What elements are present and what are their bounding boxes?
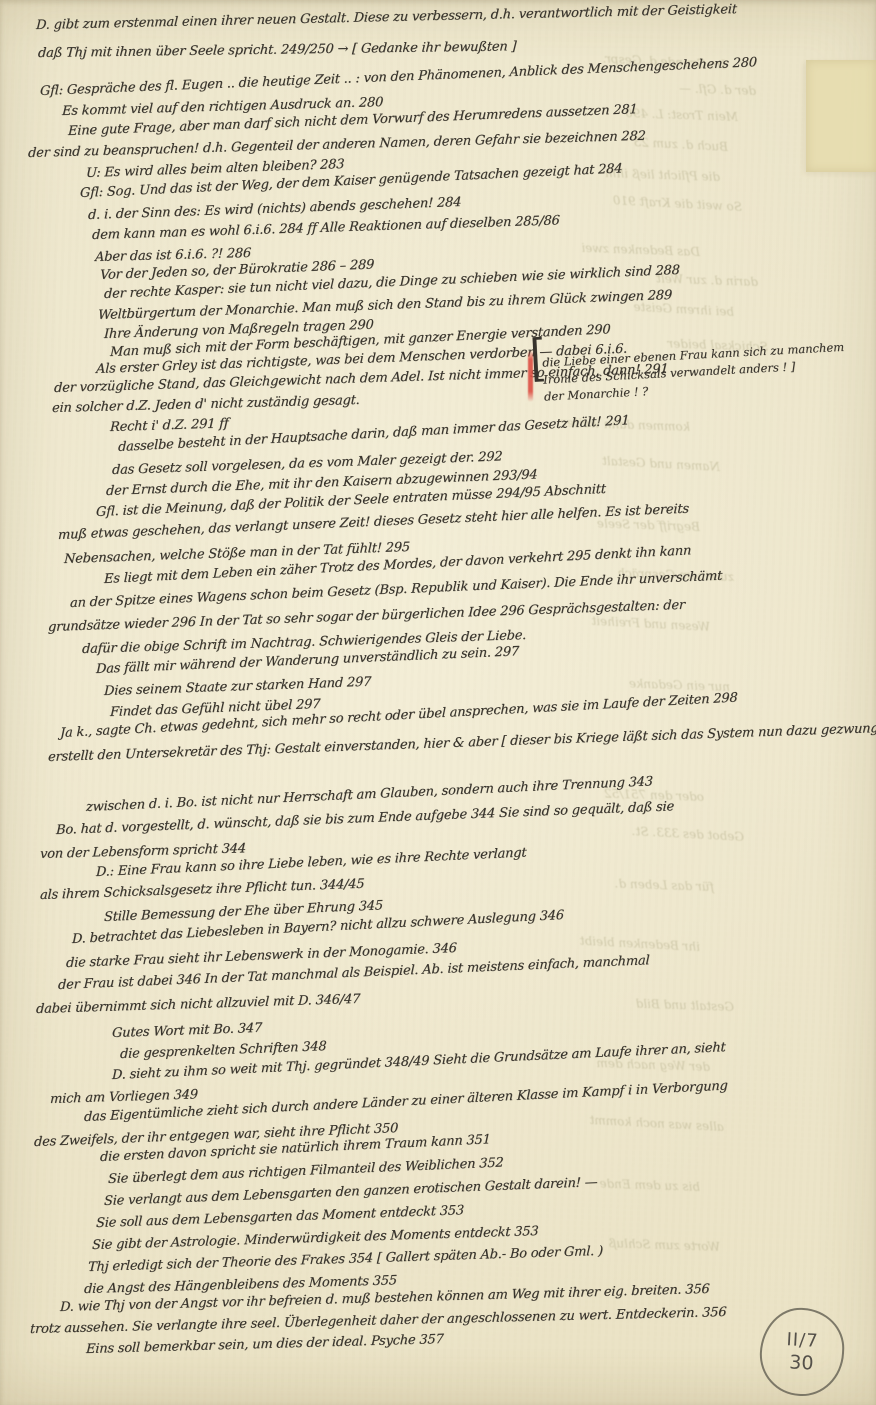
- bleedthrough-line: Gebot des 333. St.: [631, 824, 744, 844]
- manuscript-line: die gesprenkelten Schriften 348: [120, 1039, 327, 1062]
- manuscript-line: mich am Vorliegen 349: [50, 1087, 198, 1107]
- archive-number-stamp: II/7 30: [758, 1306, 846, 1398]
- manuscript-line: Gfl: Gespräche des fl. Eugen .. die heut…: [40, 55, 757, 99]
- stamp-bottom-value: 30: [789, 1351, 814, 1374]
- bleedthrough-line: Wesen und Freiheit: [591, 614, 710, 634]
- margin-bracket-icon: [: [530, 348, 547, 370]
- bleedthrough-line: Worte zum Schluß: [608, 1236, 720, 1254]
- paper-background: Im Grunde d. Gespr.der d. Gfl. —Mein Tro…: [0, 0, 876, 1405]
- manuscript-line: Sie soll aus dem Lebensgarten das Moment…: [96, 1203, 464, 1231]
- bleedthrough-line: Gestalt und Bild: [635, 997, 734, 1014]
- manuscript-line: Gutes Wort mit Bo. 347: [112, 1021, 262, 1041]
- bleedthrough-line: alles was noch kommt: [589, 1113, 724, 1134]
- bleedthrough-line: ihr Bedenken bleibt: [579, 934, 700, 954]
- bleedthrough-line: Buch d. zum 23: [633, 135, 728, 154]
- manuscript-line: Eins soll bemerkbar sein, um dies der id…: [86, 1332, 444, 1357]
- manuscript-line: D. gibt zum erstenmal einen ihrer neuen …: [36, 2, 737, 33]
- bleedthrough-line: Das Bedenken zwei: [581, 241, 700, 259]
- bleedthrough-line: bis zu dem Ende: [599, 1176, 700, 1194]
- bleedthrough-line: Namen und Gestalt: [602, 454, 721, 474]
- manuscript-line: Dies seinem Staate zur starken Hand 297: [104, 675, 372, 699]
- stamp-top-value: II/7: [786, 1329, 819, 1352]
- manuscript-line: daß Thj mit ihnen über Seele spricht. 24…: [38, 39, 517, 61]
- bleedthrough-line: für das Leben d.: [614, 877, 714, 894]
- tape-patch: [806, 60, 876, 172]
- bleedthrough-line: So weit die Kraft 910: [612, 193, 742, 214]
- bleedthrough-line: Mein Trost: L. 490: [625, 106, 738, 124]
- manuscript-line: als ihrem Schicksalsgesetz ihre Pflicht …: [40, 877, 365, 903]
- manuscript-line: dabei übernimmt sich nicht allzuviel mit…: [36, 992, 361, 1017]
- scanned-manuscript-page: { "page": { "description": "Handwritten …: [0, 0, 876, 1405]
- manuscript-line: ein solcher d.Z. Jeden d' nicht zuständi…: [52, 393, 360, 416]
- bleedthrough-line: der d. Gfl. —: [679, 81, 756, 98]
- manuscript-line: Recht i' d.Z. 291 ff: [110, 416, 229, 435]
